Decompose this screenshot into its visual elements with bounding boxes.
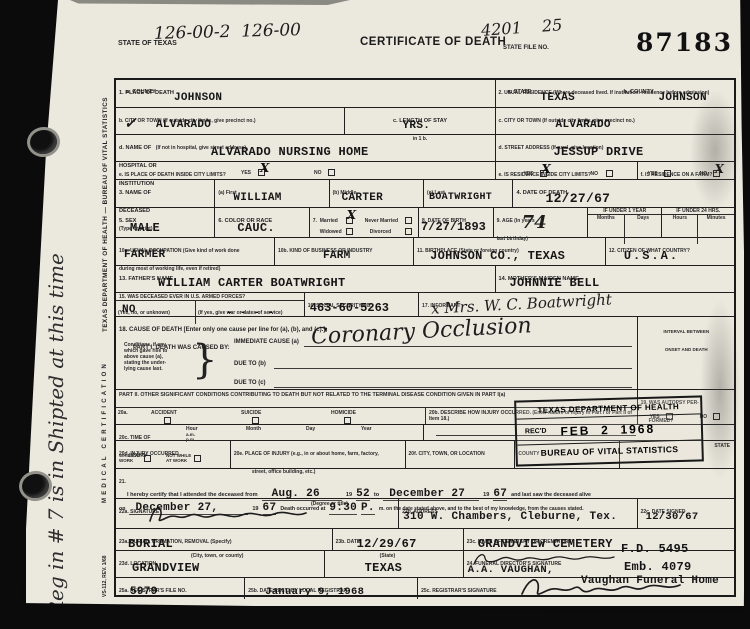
under-1-year-label: IF UNDER 1 YEAR [588, 208, 662, 215]
residence-limits-yes-xmark: X [542, 162, 551, 176]
margin-handwritten-note: Reg in # 7 is in Shipted at this time [44, 253, 68, 616]
scan-smudge-2 [700, 300, 740, 480]
married-xmark: X [347, 208, 356, 222]
armed-forces-value: NO [122, 304, 136, 316]
field-cemetery: 23c. NAME OF CEMETERY OR CREMATORY GRAND… [464, 529, 734, 550]
handwritten-county-codes: 126-00-2 126-00 [154, 20, 301, 44]
field-physician-signature: 22a. SIGNATURE (Degree or title) [116, 499, 399, 528]
ssn-value: 463-60-5263 [310, 301, 389, 315]
field-under-1-year: IF UNDER 1 YEAR Months Days [588, 208, 663, 237]
suicide-label: SUICIDE [241, 410, 261, 416]
row-forces-ssn: 15. WAS DECEASED EVER IN U.S. ARMED FORC… [116, 293, 734, 317]
under-24-hrs-label: IF UNDER 24 HRS. [662, 208, 734, 215]
field-sex: 5. SEX MALE [116, 208, 215, 237]
row-parents: 13. FATHER'S NAME WILLIAM CARTER BOATWRI… [116, 266, 734, 293]
immediate-cause-value-handwritten: Coronary Occlusion [310, 313, 532, 350]
middle-name-value: CARTER [342, 192, 383, 204]
day-label: Day [306, 426, 315, 432]
date-of-death-value: 12/27/67 [545, 191, 610, 206]
field-address: 22b. ADDRESS 310 W. Chambers, Cleburne, … [399, 499, 637, 528]
field-marital-status: 7. Married X Never Married Widowed Divor… [310, 208, 419, 237]
field-date-signed: 22c. DATE SIGNED 12/30/67 [638, 499, 734, 528]
accident-checkbox [164, 417, 171, 424]
residence-state-label: a. STATE [508, 89, 532, 96]
field-first-name: (a) First WILLIAM [215, 180, 329, 207]
field-industry: 10b. KIND OF BUSINESS OR INDUSTRY FARM [275, 238, 414, 265]
field-ssn: 16. SOCIAL SECURITY NO. 463-60-5263 [305, 293, 419, 316]
field-middle-name: (b) Middle CARTER [330, 180, 424, 207]
first-name-value: WILLIAM [233, 192, 281, 204]
suicide-checkbox [252, 417, 259, 424]
due-b-line [274, 368, 632, 369]
location-city-sub: (City, town, or county) [191, 553, 243, 559]
residence-city-value: ALVARADO [556, 119, 611, 131]
sex-value: MALE [130, 221, 160, 235]
field-under-24-hrs: IF UNDER 24 HRS. Hours Minutes [662, 208, 734, 237]
death-limits-label: e. IS PLACE OF DEATH INSIDE CITY LIMITS? [119, 172, 226, 178]
residence-limits-no-checkbox [606, 170, 613, 177]
field-birthplace: 11. BIRTHPLACE (State or foreign country… [414, 238, 606, 265]
state-file-no-label: STATE FILE NO. [503, 45, 549, 53]
field-age: 9. AGE (In years last birthday) 74 [494, 208, 588, 237]
registrar-date-value: January 9, 1968 [265, 586, 364, 598]
citizen-value: U.S.A. [624, 249, 679, 263]
row-city: b. CITY OR TOWN (If outside city limits,… [116, 108, 734, 135]
row-occupation: 10a. USUAL OCCUPATION (Give kind of work… [116, 238, 734, 266]
field-race: 6. COLOR OR RACE CAUC. [215, 208, 309, 237]
field-institution: d. NAME OF (If not in hospital, give str… [116, 135, 496, 161]
mother-name-value: JOHNNIE BELL [510, 276, 600, 290]
field-death-city: b. CITY OR TOWN (If outside city limits,… [116, 108, 345, 134]
residence-state-value: TEXAS [541, 92, 576, 104]
address-value: 310 W. Chambers, Cleburne, Tex. [403, 511, 617, 523]
row-limits: e. IS PLACE OF DEATH INSIDE CITY LIMITS?… [116, 162, 734, 180]
cert-19-a: 19 [346, 492, 352, 499]
while-at-work-label-2: WORK [119, 458, 133, 463]
embalmer-number: Emb. 4079 [624, 560, 692, 574]
handwritten-file-numbers: 4201 25 [480, 15, 563, 40]
marital-label: 7. [313, 218, 317, 224]
conditions-brace: } [192, 337, 217, 383]
field-burial-state: (State) TEXAS [325, 551, 464, 577]
not-at-work-checkbox [194, 455, 201, 462]
field-armed-forces: 15. WAS DECEASED EVER IN U.S. ARMED FORC… [116, 293, 305, 316]
field-place-of-death: 1. PLACE OF DEATH a. COUNTY JOHNSON [116, 80, 496, 107]
field-occupation: 10a. USUAL OCCUPATION (Give kind of work… [116, 238, 275, 265]
interval-label-1: INTERVAL BETWEEN [663, 329, 709, 334]
father-name-value: WILLIAM CARTER BOATWRIGHT [158, 276, 346, 290]
residence-limits-no: NO [591, 171, 599, 177]
scan-smudge-1 [690, 90, 740, 210]
field-name-label: 3. NAME OF DECEASED (Type or print) [116, 180, 215, 207]
conditions-note: Conditions, if any, which gave rise to a… [124, 342, 190, 372]
conditions-line-5: lying cause last. [124, 366, 190, 372]
field-date-of-birth: 8. DATE OF BIRTH 7/27/1893 [419, 208, 494, 237]
funeral-director-number: F.D. 5495 [621, 542, 689, 556]
death-limits-no-checkbox [328, 169, 335, 176]
field-informant: 17. INFORMANT x Mrs. W. C. Boatwright [419, 293, 734, 316]
cert-number: 21. [119, 479, 126, 485]
dob-value: 7/27/1893 [421, 220, 486, 234]
accident-section-label: 20a. [118, 410, 128, 416]
death-limits-yes-xmark: X [260, 161, 269, 175]
year-label: Year [361, 426, 372, 432]
burial-value: BURIAL [128, 537, 173, 551]
not-at-work-label-2: AT WORK [166, 458, 187, 463]
race-value: CAUC. [237, 221, 275, 235]
registrar-file-no-value: 5979 [130, 586, 158, 598]
month-label: Month [246, 426, 261, 432]
location-state-sub: (State) [380, 553, 396, 559]
widowed-label: Widowed [320, 229, 342, 235]
name-of-label: 3. NAME OF [119, 190, 151, 196]
funeral-home-name: Vaughan Funeral Home [581, 575, 719, 587]
location-city-value: GRANDVIEW [132, 561, 200, 575]
industry-value: FARM [323, 250, 351, 262]
cert-to-label: to [374, 492, 379, 499]
never-married-label: Never Married [365, 218, 398, 224]
institution-label-1: d. NAME OF [119, 145, 151, 151]
row-cause-of-death: 18. CAUSE OF DEATH [Enter only one cause… [116, 317, 734, 390]
immediate-cause-label: IMMEDIATE CAUSE (a) [234, 339, 299, 347]
field-citizen: 12. CITIZEN OF WHAT COUNTRY? U.S.A. [606, 238, 734, 265]
field-injury-city: 20f. CITY, TOWN, OR LOCATION [406, 441, 516, 468]
field-last-name: (c) Last BOATWRIGHT [424, 180, 513, 207]
health-department-stamp: TEXAS DEPARTMENT OF HEALTH REC'D FEB 2 1… [514, 395, 704, 466]
field-registrar-file-no: 25a. REGISTRAR'S FILE NO. 5979 [116, 578, 245, 599]
cert-text-1: I hereby certify that I attended the dec… [127, 492, 258, 499]
accident-label: ACCIDENT [151, 410, 177, 416]
row-demographics: 5. SEX MALE 6. COLOR OR RACE CAUC. 7. Ma… [116, 208, 734, 238]
married-label: Married [320, 218, 338, 224]
certificate-form: 1. PLACE OF DEATH a. COUNTY JOHNSON 2. U… [114, 78, 736, 597]
location-state-value: TEXAS [365, 561, 403, 575]
death-limits-yes: YES [241, 170, 251, 176]
field-registrar-date: 25b. DATE REC'D BY LOCAL REGISTRAR Janua… [245, 578, 418, 599]
widowed-checkbox [346, 228, 353, 235]
stamp-date: FEB 2 1968 [560, 421, 655, 438]
place-of-injury-label-1: 20e. PLACE OF INJURY (e.g., in or about … [234, 451, 379, 457]
injury-city-label: 20f. CITY, TOWN, OR LOCATION [409, 451, 485, 457]
field-time-of-injury: 20c. TIME OF INJURY Hour a.m. p.m. Month… [116, 425, 424, 440]
field-burial-date: 23b. DATE 12/29/67 [333, 529, 464, 550]
row-institution: d. NAME OF (If not in hospital, give str… [116, 135, 734, 162]
death-limits-no: NO [314, 170, 322, 176]
margin-form-code: VS-112, REV. 1/68 [102, 555, 108, 597]
birthplace-value: JOHNSON CO., TEXAS [430, 249, 565, 263]
never-married-checkbox [405, 217, 412, 224]
field-burial: 23a. BURIAL, CREMATION, REMOVAL (Specify… [116, 529, 333, 550]
divorced-label: Divorced [370, 229, 391, 235]
field-mother-name: 14. MOTHER'S MAIDEN NAME JOHNNIE BELL [496, 266, 734, 292]
cert-19-b: 19 [483, 492, 489, 499]
funeral-director-signature [470, 549, 620, 569]
homicide-checkbox [344, 417, 351, 424]
cert-text-2: and last saw the deceased alive [511, 492, 591, 499]
row-place-residence: 1. PLACE OF DEATH a. COUNTY JOHNSON 2. U… [116, 80, 734, 108]
county-value: JOHNSON [174, 92, 222, 104]
checkmark-icon: ✓ [124, 114, 137, 132]
field-injury-occurred: 20d. INJURY OCCURRED WHILE AT WORK NOT W… [116, 441, 231, 468]
age-value: 74 [522, 212, 547, 233]
armed-forces-label: 15. WAS DECEASED EVER IN U.S. ARMED FORC… [116, 293, 304, 301]
street-address-value: JESSUP DRIVE [554, 145, 644, 159]
margin-medical-certification-text: MEDICAL CERTIFICATION [102, 361, 110, 503]
divorced-checkbox [405, 228, 412, 235]
cause-of-death-label: 18. CAUSE OF DEATH [Enter only one cause… [119, 327, 325, 333]
row-certification: 21. I hereby certify that I attended the… [116, 469, 734, 499]
field-death-city-limits: e. IS PLACE OF DEATH INSIDE CITY LIMITS?… [116, 162, 496, 179]
field-father-name: 13. FATHER'S NAME WILLIAM CARTER BOATWRI… [116, 266, 496, 292]
field-residence-city-limits: e. IS RESIDENCE INSIDE CITY LIMITS? YES … [496, 162, 638, 179]
length-of-stay-value: YRS. [403, 120, 431, 132]
last-name-value: BOATWRIGHT [429, 192, 492, 203]
due-to-c-label: DUE TO (c) [234, 380, 266, 388]
field-burial-location: 23d. LOCATION (City, town, or county) GR… [116, 551, 325, 577]
occupation-value: FARMER [124, 249, 165, 261]
residence-limits-yes: YES [524, 171, 534, 177]
homicide-label: HOMICIDE [331, 410, 356, 416]
registrar-signature-label: 25c. REGISTRAR'S SIGNATURE [421, 588, 497, 594]
residence-county-label: b. COUNTY [624, 89, 654, 96]
row-signature: 22a. SIGNATURE (Degree or title) 22b. AD… [116, 499, 734, 529]
margin-department-text: TEXAS DEPARTMENT OF HEALTH — BUREAU OF V… [102, 97, 110, 332]
burial-date-value: 12/29/67 [357, 537, 417, 551]
farm-yes: YES [648, 171, 658, 177]
institution-value: ALVARADO NURSING HOME [211, 145, 369, 159]
row-name: 3. NAME OF DECEASED (Type or print) (a) … [116, 180, 734, 208]
death-city-value: ALVARADO [156, 119, 211, 131]
field-cause-of-death: 18. CAUSE OF DEATH [Enter only one cause… [116, 317, 638, 389]
farm-yes-checkbox [664, 170, 671, 177]
field-place-of-injury: 20e. PLACE OF INJURY (e.g., in or about … [231, 441, 406, 468]
date-signed-value: 12/30/67 [646, 511, 699, 523]
while-at-work-checkbox [144, 455, 151, 462]
physician-signature [144, 503, 324, 527]
certificate-paper: STATE OF TEXAS 126-00-2 126-00 CERTIFICA… [26, 0, 744, 606]
field-length-of-stay: c. LENGTH OF STAY in 1 b. YRS. [345, 108, 496, 134]
state-file-number: 87183 [636, 28, 733, 57]
due-to-b-label: DUE TO (b) [234, 361, 266, 369]
due-c-line [274, 387, 632, 388]
county-label: a. COUNTY [126, 89, 156, 96]
stamp-recd-label: REC'D [525, 428, 547, 436]
